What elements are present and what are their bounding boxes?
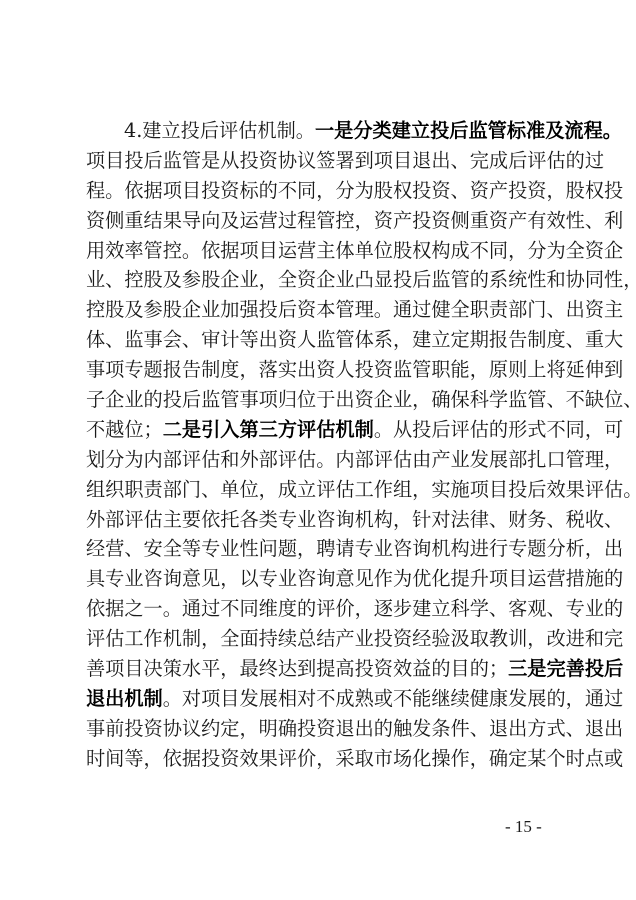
text-segment: 程。依据项目投资标的不同，分为股权投资、资产投资，股权投 [86, 179, 623, 202]
text-segment: 事项专题报告制度，落实出资人投资监管职能，原则上将延伸到 [86, 358, 623, 381]
text-line: 评估工作机制，全面持续总结产业投资经验汲取教训，改进和完 [86, 624, 568, 654]
text-line: 项目投后监管是从投资协议签署到项目退出、完成后评估的过 [86, 146, 568, 176]
page-number: - 15 - [505, 817, 542, 837]
text-segment: 组织职责部门、单位，成立评估工作组，实施项目投后效果评估。 [86, 478, 636, 501]
text-line: 资侧重结果导向及运营过程管控，资产投资侧重资产有效性、利 [86, 206, 568, 236]
text-segment: 经营、安全等专业性问题，聘请专业咨询机构进行专题分析，出 [86, 537, 623, 560]
text-line: 4.建立投后评估机制。一是分类建立投后监管标准及流程。 [86, 116, 568, 146]
text-segment: 资侧重结果导向及运营过程管控，资产投资侧重资产有效性、利 [86, 209, 623, 232]
document-page: 4.建立投后评估机制。一是分类建立投后监管标准及流程。 项目投后监管是从投资协议… [0, 0, 636, 900]
text-line: 不越位；二是引入第三方评估机制。从投后评估的形式不同，可 [86, 415, 568, 445]
text-segment: 不越位； [86, 418, 163, 441]
text-segment: 划分为内部评估和外部评估。内部评估由产业发展部扎口管理， [86, 448, 623, 471]
bold-subheading: 二是引入第三方评估机制 [163, 418, 374, 441]
bold-subheading: 三是完善投后 [508, 657, 623, 680]
section-heading-number: 4.建立投后评估机制。 [124, 119, 315, 142]
text-segment: 业、控股及参股企业，全资企业凸显投后监管的系统性和协同性， [86, 268, 636, 291]
text-line: 事前投资协议约定，明确投资退出的触发条件、退出方式、退出 [86, 714, 568, 744]
text-segment: 时间等，依据投资效果评价，采取市场化操作，确定某个时点或 [86, 747, 623, 770]
text-segment: 具专业咨询意见，以专业咨询意见作为优化提升项目运营措施的 [86, 567, 623, 590]
text-segment: 体、监事会、审计等出资人监管体系，建立定期报告制度、重大 [86, 328, 623, 351]
text-segment: 外部评估主要依托各类专业咨询机构，针对法律、财务、税收、 [86, 508, 623, 531]
text-segment: 。从投后评估的形式不同，可 [374, 418, 623, 441]
text-line: 时间等，依据投资效果评价，采取市场化操作，确定某个时点或 [86, 744, 568, 774]
text-line: 善项目决策水平，最终达到提高投资效益的目的；三是完善投后 [86, 654, 568, 684]
text-segment: 事前投资协议约定，明确投资退出的触发条件、退出方式、退出 [86, 717, 623, 740]
bold-subheading: 一是分类建立投后监管标准及流程。 [315, 119, 622, 142]
text-segment: 控股及参股企业加强投后资本管理。通过健全职责部门、出资主 [86, 298, 623, 321]
text-line: 划分为内部评估和外部评估。内部评估由产业发展部扎口管理， [86, 445, 568, 475]
text-line: 业、控股及参股企业，全资企业凸显投后监管的系统性和协同性， [86, 265, 568, 295]
text-segment: 。对项目发展相对不成熟或不能继续健康发展的，通过 [163, 687, 624, 710]
text-line: 控股及参股企业加强投后资本管理。通过健全职责部门、出资主 [86, 295, 568, 325]
text-line: 依据之一。通过不同维度的评价，逐步建立科学、客观、专业的 [86, 594, 568, 624]
text-line: 子企业的投后监管事项归位于出资企业，确保科学监管、不缺位、 [86, 385, 568, 415]
text-line: 体、监事会、审计等出资人监管体系，建立定期报告制度、重大 [86, 325, 568, 355]
text-line: 用效率管控。依据项目运营主体单位股权构成不同，分为全资企 [86, 236, 568, 266]
text-segment: 子企业的投后监管事项归位于出资企业，确保科学监管、不缺位、 [86, 388, 636, 411]
text-line: 具专业咨询意见，以专业咨询意见作为优化提升项目运营措施的 [86, 564, 568, 594]
text-line: 外部评估主要依托各类专业咨询机构，针对法律、财务、税收、 [86, 505, 568, 535]
text-line: 程。依据项目投资标的不同，分为股权投资、资产投资，股权投 [86, 176, 568, 206]
bold-subheading: 退出机制 [86, 687, 163, 710]
text-segment: 评估工作机制，全面持续总结产业投资经验汲取教训，改进和完 [86, 627, 623, 650]
text-segment: 用效率管控。依据项目运营主体单位股权构成不同，分为全资企 [86, 239, 623, 262]
body-paragraph: 4.建立投后评估机制。一是分类建立投后监管标准及流程。 项目投后监管是从投资协议… [86, 116, 568, 774]
text-line: 组织职责部门、单位，成立评估工作组，实施项目投后效果评估。 [86, 475, 568, 505]
text-line: 退出机制。对项目发展相对不成熟或不能继续健康发展的，通过 [86, 684, 568, 714]
text-segment: 项目投后监管是从投资协议签署到项目退出、完成后评估的过 [86, 149, 604, 172]
text-line: 事项专题报告制度，落实出资人投资监管职能，原则上将延伸到 [86, 355, 568, 385]
text-segment: 善项目决策水平，最终达到提高投资效益的目的； [86, 657, 508, 680]
text-line: 经营、安全等专业性问题，聘请专业咨询机构进行专题分析，出 [86, 534, 568, 564]
text-segment: 依据之一。通过不同维度的评价，逐步建立科学、客观、专业的 [86, 597, 623, 620]
